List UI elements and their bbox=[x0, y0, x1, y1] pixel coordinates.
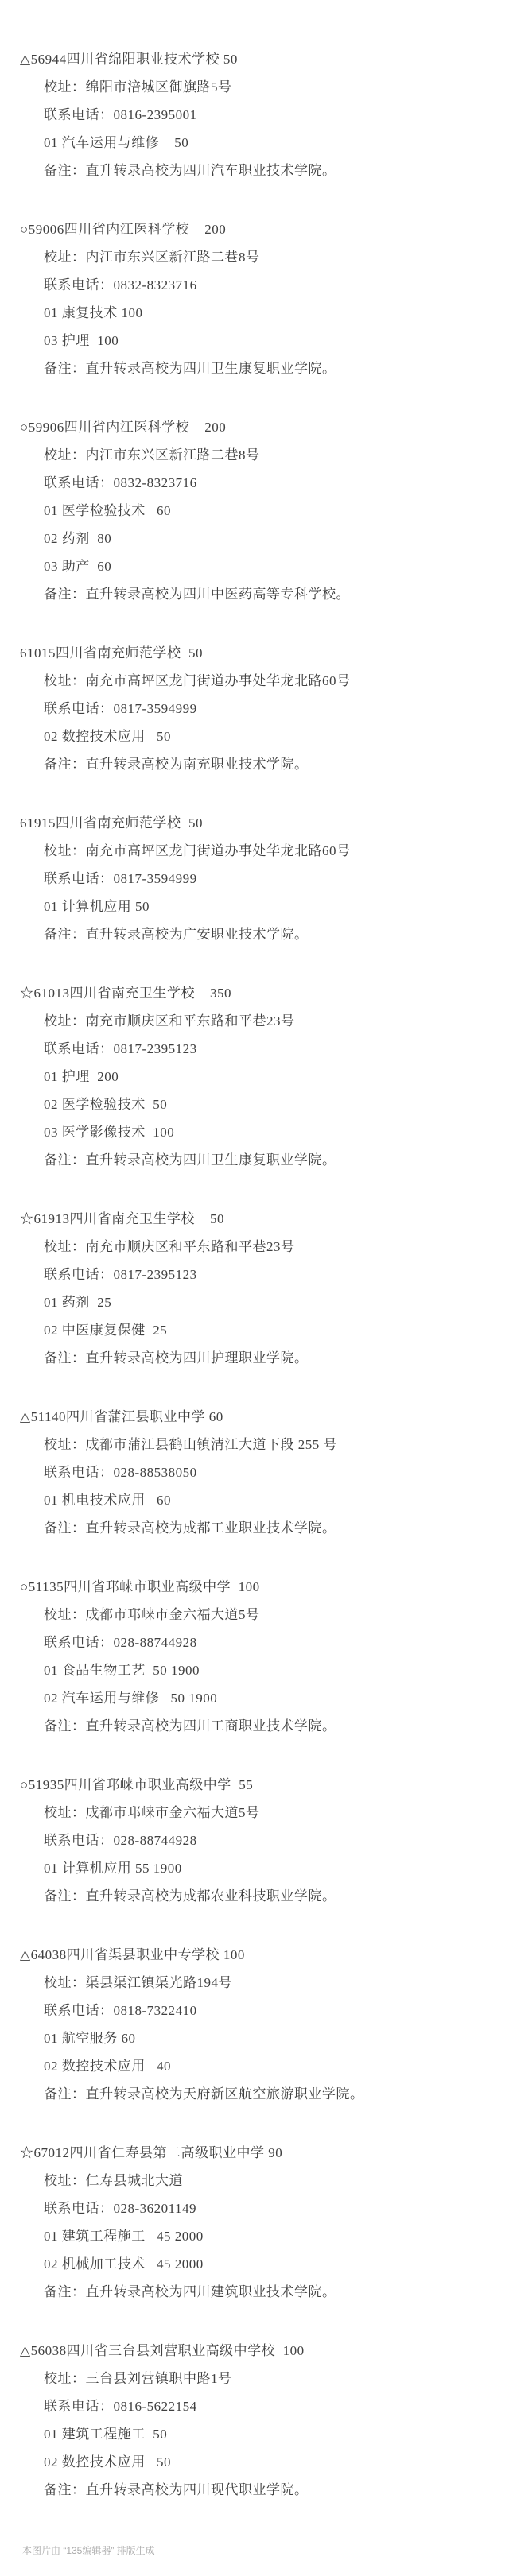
school-address-line: 校址：成都市蒲江县鹤山镇清江大道下段 255 号 bbox=[0, 1431, 509, 1458]
school-major-line: 03 护理 100 bbox=[0, 327, 509, 354]
school-majors: 01 食品生物工艺 50 190002 汽车运用与维修 50 1900 bbox=[0, 1656, 509, 1712]
school-entry: 61015四川省南充师范学校 50 校址：南充市高坪区龙门街道办事处华龙北路60… bbox=[0, 639, 509, 778]
school-major-line: 02 数控技术应用 40 bbox=[0, 2052, 509, 2080]
school-address-line: 校址：仁寿县城北大道 bbox=[0, 2167, 509, 2194]
school-note-line: 备注：直升转录高校为天府新区航空旅游职业学院。 bbox=[0, 2080, 509, 2108]
school-major-line: 02 数控技术应用 50 bbox=[0, 2448, 509, 2476]
school-phone-line: 联系电话：0817-3594999 bbox=[0, 695, 509, 722]
footer-divider: 本图片由 “135编辑器” 排版生成 bbox=[22, 2535, 493, 2559]
school-phone-line: 联系电话：0817-2395123 bbox=[0, 1035, 509, 1063]
school-heading: ○51135四川省邛崃市职业高级中学 100 bbox=[0, 1573, 509, 1601]
school-address-line: 校址：成都市邛崃市金六福大道5号 bbox=[0, 1601, 509, 1629]
school-major-line: 01 建筑工程施工 45 2000 bbox=[0, 2222, 509, 2250]
school-phone-line: 联系电话：0817-3594999 bbox=[0, 865, 509, 893]
school-list: △56944四川省绵阳职业技术学校 50 校址：绵阳市涪城区御旗路5号 联系电话… bbox=[0, 45, 509, 2504]
school-address-line: 校址：成都市邛崃市金六福大道5号 bbox=[0, 1799, 509, 1826]
school-major-line: 01 计算机应用 55 1900 bbox=[0, 1854, 509, 1882]
school-entry: △56944四川省绵阳职业技术学校 50 校址：绵阳市涪城区御旗路5号 联系电话… bbox=[0, 45, 509, 184]
school-majors: 01 汽车运用与维修 50 bbox=[0, 129, 509, 157]
school-majors: 01 护理 20002 医学检验技术 5003 医学影像技术 100 bbox=[0, 1063, 509, 1146]
school-address-line: 校址：南充市高坪区龙门街道办事处华龙北路60号 bbox=[0, 667, 509, 695]
school-heading: 61915四川省南充师范学校 50 bbox=[0, 809, 509, 837]
school-major-line: 02 医学检验技术 50 bbox=[0, 1090, 509, 1118]
school-heading: 61015四川省南充师范学校 50 bbox=[0, 639, 509, 667]
school-note-line: 备注：直升转录高校为四川建筑职业技术学院。 bbox=[0, 2278, 509, 2306]
school-phone-line: 联系电话：0832-8323716 bbox=[0, 271, 509, 299]
school-major-line: 01 机电技术应用 60 bbox=[0, 1486, 509, 1514]
school-majors: 01 建筑工程施工 45 200002 机械加工技术 45 2000 bbox=[0, 2222, 509, 2278]
school-entry: ☆67012四川省仁寿县第二高级职业中学 90 校址：仁寿县城北大道 联系电话：… bbox=[0, 2139, 509, 2306]
school-heading: △64038四川省渠县职业中专学校 100 bbox=[0, 1941, 509, 1969]
school-note-line: 备注：直升转录高校为南充职业技术学院。 bbox=[0, 750, 509, 778]
school-major-line: 03 医学影像技术 100 bbox=[0, 1118, 509, 1146]
school-phone-line: 联系电话：028-88744928 bbox=[0, 1629, 509, 1656]
school-major-line: 01 药剂 25 bbox=[0, 1288, 509, 1316]
school-heading: ☆67012四川省仁寿县第二高级职业中学 90 bbox=[0, 2139, 509, 2167]
school-major-line: 02 汽车运用与维修 50 1900 bbox=[0, 1684, 509, 1712]
school-note-line: 备注：直升转录高校为四川中医药高等专科学校。 bbox=[0, 580, 509, 608]
school-heading: ○59906四川省内江医科学校 200 bbox=[0, 413, 509, 441]
school-phone-line: 联系电话：028-36201149 bbox=[0, 2194, 509, 2222]
school-address-line: 校址：三台县刘营镇职中路1号 bbox=[0, 2365, 509, 2392]
school-major-line: 03 助产 60 bbox=[0, 552, 509, 580]
school-heading: ○51935四川省邛崃市职业高级中学 55 bbox=[0, 1771, 509, 1799]
school-note-line: 备注：直升转录高校为四川工商职业技术学院。 bbox=[0, 1712, 509, 1740]
school-address-line: 校址：南充市顺庆区和平东路和平巷23号 bbox=[0, 1233, 509, 1261]
school-entry: △56038四川省三台县刘营职业高级中学校 100 校址：三台县刘营镇职中路1号… bbox=[0, 2337, 509, 2504]
school-heading: △51140四川省蒲江县职业中学 60 bbox=[0, 1403, 509, 1431]
school-entry: ☆61013四川省南充卫生学校 350 校址：南充市顺庆区和平东路和平巷23号 … bbox=[0, 979, 509, 1174]
school-heading: ☆61013四川省南充卫生学校 350 bbox=[0, 979, 509, 1007]
school-entry: ☆61913四川省南充卫生学校 50 校址：南充市顺庆区和平东路和平巷23号 联… bbox=[0, 1205, 509, 1372]
school-entry: △51140四川省蒲江县职业中学 60 校址：成都市蒲江县鹤山镇清江大道下段 2… bbox=[0, 1403, 509, 1542]
footer-text: 本图片由 “135编辑器” 排版生成 bbox=[22, 2543, 493, 2559]
school-heading: △56944四川省绵阳职业技术学校 50 bbox=[0, 45, 509, 73]
school-majors: 01 医学检验技术 6002 药剂 8003 助产 60 bbox=[0, 497, 509, 580]
school-phone-line: 联系电话：0817-2395123 bbox=[0, 1261, 509, 1288]
school-address-line: 校址：绵阳市涪城区御旗路5号 bbox=[0, 73, 509, 101]
school-note-line: 备注：直升转录高校为广安职业技术学院。 bbox=[0, 920, 509, 948]
school-majors: 02 数控技术应用 50 bbox=[0, 722, 509, 750]
school-address-line: 校址：渠县渠江镇渠光路194号 bbox=[0, 1969, 509, 1997]
school-phone-line: 联系电话：028-88744928 bbox=[0, 1826, 509, 1854]
school-majors: 01 航空服务 6002 数控技术应用 40 bbox=[0, 2024, 509, 2080]
school-major-line: 02 机械加工技术 45 2000 bbox=[0, 2250, 509, 2278]
school-address-line: 校址：南充市高坪区龙门街道办事处华龙北路60号 bbox=[0, 837, 509, 865]
school-note-line: 备注：直升转录高校为四川卫生康复职业学院。 bbox=[0, 1146, 509, 1174]
school-majors: 01 药剂 2502 中医康复保健 25 bbox=[0, 1288, 509, 1344]
school-majors: 01 计算机应用 50 bbox=[0, 893, 509, 920]
school-heading: ☆61913四川省南充卫生学校 50 bbox=[0, 1205, 509, 1233]
school-major-line: 01 护理 200 bbox=[0, 1063, 509, 1090]
school-note-line: 备注：直升转录高校为四川现代职业学院。 bbox=[0, 2476, 509, 2504]
school-entry: ○51135四川省邛崃市职业高级中学 100 校址：成都市邛崃市金六福大道5号 … bbox=[0, 1573, 509, 1740]
school-phone-line: 联系电话：0818-7322410 bbox=[0, 1997, 509, 2024]
school-note-line: 备注：直升转录高校为成都工业职业技术学院。 bbox=[0, 1514, 509, 1542]
school-phone-line: 联系电话：0832-8323716 bbox=[0, 469, 509, 497]
school-major-line: 01 食品生物工艺 50 1900 bbox=[0, 1656, 509, 1684]
school-note-line: 备注：直升转录高校为四川卫生康复职业学院。 bbox=[0, 354, 509, 382]
school-address-line: 校址：内江市东兴区新江路二巷8号 bbox=[0, 243, 509, 271]
school-phone-line: 联系电话：0816-5622154 bbox=[0, 2392, 509, 2420]
school-phone-line: 联系电话：0816-2395001 bbox=[0, 101, 509, 129]
school-entry: ○51935四川省邛崃市职业高级中学 55 校址：成都市邛崃市金六福大道5号 联… bbox=[0, 1771, 509, 1910]
school-note-line: 备注：直升转录高校为成都农业科技职业学院。 bbox=[0, 1882, 509, 1910]
school-entry: ○59006四川省内江医科学校 200 校址：内江市东兴区新江路二巷8号 联系电… bbox=[0, 215, 509, 382]
school-note-line: 备注：直升转录高校为四川汽车职业技术学院。 bbox=[0, 157, 509, 184]
school-major-line: 01 建筑工程施工 50 bbox=[0, 2420, 509, 2448]
school-major-line: 02 药剂 80 bbox=[0, 525, 509, 552]
school-majors: 01 计算机应用 55 1900 bbox=[0, 1854, 509, 1882]
school-major-line: 02 中医康复保健 25 bbox=[0, 1316, 509, 1344]
school-heading: △56038四川省三台县刘营职业高级中学校 100 bbox=[0, 2337, 509, 2365]
school-major-line: 01 康复技术 100 bbox=[0, 299, 509, 327]
school-phone-line: 联系电话：028-88538050 bbox=[0, 1458, 509, 1486]
school-major-line: 01 计算机应用 50 bbox=[0, 893, 509, 920]
school-major-line: 01 医学检验技术 60 bbox=[0, 497, 509, 525]
school-address-line: 校址：南充市顺庆区和平东路和平巷23号 bbox=[0, 1007, 509, 1035]
school-major-line: 01 汽车运用与维修 50 bbox=[0, 129, 509, 157]
school-majors: 01 机电技术应用 60 bbox=[0, 1486, 509, 1514]
school-major-line: 01 航空服务 60 bbox=[0, 2024, 509, 2052]
school-majors: 01 建筑工程施工 5002 数控技术应用 50 bbox=[0, 2420, 509, 2476]
school-majors: 01 康复技术 10003 护理 100 bbox=[0, 299, 509, 354]
school-major-line: 02 数控技术应用 50 bbox=[0, 722, 509, 750]
school-entry: △64038四川省渠县职业中专学校 100 校址：渠县渠江镇渠光路194号 联系… bbox=[0, 1941, 509, 2108]
school-entry: 61915四川省南充师范学校 50 校址：南充市高坪区龙门街道办事处华龙北路60… bbox=[0, 809, 509, 948]
school-note-line: 备注：直升转录高校为四川护理职业学院。 bbox=[0, 1344, 509, 1372]
school-heading: ○59006四川省内江医科学校 200 bbox=[0, 215, 509, 243]
school-address-line: 校址：内江市东兴区新江路二巷8号 bbox=[0, 441, 509, 469]
school-entry: ○59906四川省内江医科学校 200 校址：内江市东兴区新江路二巷8号 联系电… bbox=[0, 413, 509, 608]
page: △56944四川省绵阳职业技术学校 50 校址：绵阳市涪城区御旗路5号 联系电话… bbox=[0, 0, 509, 2576]
